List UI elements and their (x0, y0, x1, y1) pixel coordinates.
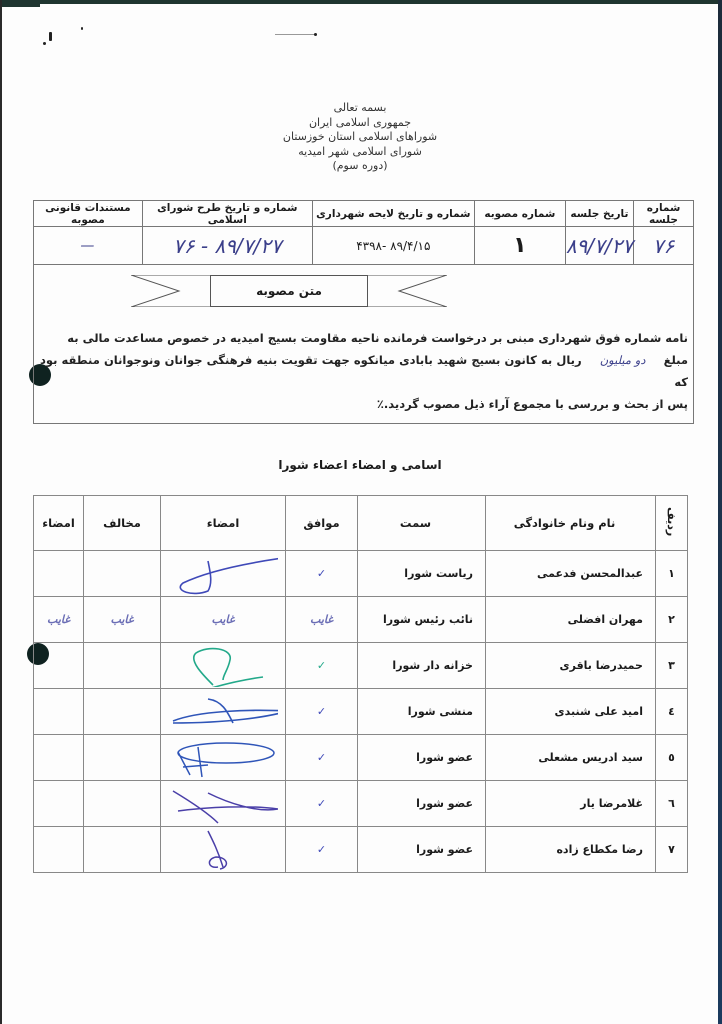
signature2-cell (34, 735, 84, 781)
oppose-cell (84, 689, 161, 735)
handwritten-signature-icon (168, 783, 278, 825)
table-row: ٦ غلامرضا یار عضو شورا ✓ (34, 781, 688, 827)
header-legal-basis: مستندات قانونی مصوبه (34, 201, 143, 227)
member-name: غلامرضا یار (486, 781, 656, 827)
member-name: حمیدرضا باقری (486, 643, 656, 689)
member-name: مهران افضلی (486, 597, 656, 643)
agree-checkmark-icon: ✓ (286, 781, 358, 827)
member-role: ریاست شورا (358, 551, 486, 597)
scan-top-tab (0, 0, 40, 7)
signature-cell (161, 551, 286, 597)
scan-right-edge (718, 0, 722, 1024)
agree-checkmark-icon: ✓ (286, 551, 358, 597)
resolution-meta-table: شماره جلسه تاریخ جلسه شماره مصوبه شماره … (33, 200, 694, 265)
members-table: ردیف نام ونام خانوادگی سمت موافق امضاء م… (33, 495, 688, 873)
scan-speck (49, 32, 52, 41)
row-index: ٤ (656, 689, 688, 735)
member-name: عبدالمحسن فدعمی (486, 551, 656, 597)
handwritten-signature-icon (168, 553, 278, 595)
member-role: عضو شورا (358, 827, 486, 873)
scan-speck (81, 27, 83, 30)
oppose-cell (84, 781, 161, 827)
table-row: ٤ امید علی شنبدی منشی شورا ✓ (34, 689, 688, 735)
signature-cell (161, 781, 286, 827)
member-name: امید علی شنبدی (486, 689, 656, 735)
agree-checkmark-icon: ✓ (286, 643, 358, 689)
scan-left-edge (0, 0, 2, 1024)
header-line-city-council: شورای اسلامی شهر امیدیه (250, 145, 470, 160)
header-signature: امضاء (161, 496, 286, 551)
oppose-cell (84, 827, 161, 873)
row-index: ۳ (656, 643, 688, 689)
member-role: خزانه دار شورا (358, 643, 486, 689)
header-municipality-bill: شماره و تاریخ لایحه شهرداری (312, 201, 474, 227)
header-line-term: (دوره سوم) (250, 159, 470, 174)
row-index: ٥ (656, 735, 688, 781)
header-line-country: جمهوری اسلامی ایران (250, 116, 470, 131)
amount-prefix: مبلغ (664, 353, 688, 367)
member-name: رضا مکطاع زاده (486, 827, 656, 873)
resolution-body: نامه شماره فوق شهرداری مبنی بر درخواست ف… (40, 327, 688, 415)
header-council-plan: شماره و تاریخ طرح شورای اسلامی (142, 201, 312, 227)
row-index: ۱ (656, 551, 688, 597)
agree-checkmark-icon: ✓ (286, 827, 358, 873)
legal-basis-value: — (34, 227, 143, 265)
member-role: نائب رئیس شورا (358, 597, 486, 643)
signature2-cell (34, 827, 84, 873)
resolution-line-1: نامه شماره فوق شهرداری مبنی بر درخواست ف… (40, 327, 688, 349)
member-name: سید ادریس مشعلی (486, 735, 656, 781)
signature2-cell (34, 551, 84, 597)
signature-cell (161, 689, 286, 735)
scan-top-edge (0, 0, 722, 4)
handwritten-signature-icon (168, 829, 278, 871)
agree-checkmark-icon: ✓ (286, 689, 358, 735)
table-row: ٥ سید ادریس مشعلی عضو شورا ✓ (34, 735, 688, 781)
header-index: ردیف (656, 496, 688, 551)
scan-speck (43, 42, 46, 45)
header-session-date: تاریخ جلسه (565, 201, 633, 227)
header-session-number: شماره جلسه (634, 201, 694, 227)
agree-absent: غایب (286, 597, 358, 643)
signature2-cell (34, 689, 84, 735)
table-row: ۱ عبدالمحسن فدعمی ریاست شورا ✓ (34, 551, 688, 597)
signature-cell (161, 827, 286, 873)
signature-absent: غایب (161, 597, 286, 643)
meta-value-row: ۷۶ ۸۹/۷/۲۷ ۱ ۸۹/۴/۱۵ -۴۳۹۸ ۸۹/۷/۲۷ - ۷۶ … (34, 227, 694, 265)
table-row: ۲ مهران افضلی نائب رئیس شورا غایب غایب غ… (34, 597, 688, 643)
row-index: ٦ (656, 781, 688, 827)
signature2-absent: غایب (34, 597, 84, 643)
header-signature-2: امضاء (34, 496, 84, 551)
council-plan-value: ۸۹/۷/۲۷ - ۷۶ (142, 227, 312, 265)
oppose-cell (84, 735, 161, 781)
header-resolution-number: شماره مصوبه (474, 201, 565, 227)
oppose-cell (84, 551, 161, 597)
resolution-banner: متن مصوبه (131, 275, 447, 307)
resolution-line-2: مبلغ دو میلیون ریال به کانون بسیج شهید ب… (40, 349, 688, 393)
signature2-cell (34, 781, 84, 827)
meta-header-row: شماره جلسه تاریخ جلسه شماره مصوبه شماره … (34, 201, 694, 227)
signature2-cell (34, 643, 84, 689)
header-line-bismillah: بسمه تعالی (250, 101, 470, 116)
municipality-bill-value: ۸۹/۴/۱۵ -۴۳۹۸ (312, 227, 474, 265)
handwritten-signature-icon (168, 691, 278, 733)
member-role: منشی شورا (358, 689, 486, 735)
resolution-banner-title: متن مصوبه (210, 275, 368, 307)
handwritten-signature-icon (168, 645, 278, 687)
document-header: بسمه تعالی جمهوری اسلامی ایران شوراهای ا… (250, 101, 470, 174)
header-role: سمت (358, 496, 486, 551)
row-index: ۷ (656, 827, 688, 873)
header-oppose: مخالف (84, 496, 161, 551)
oppose-cell (84, 643, 161, 689)
resolution-text-box: متن مصوبه نامه شماره فوق شهرداری مبنی بر… (33, 264, 694, 424)
handwritten-amount: دو میلیون (586, 353, 660, 367)
oppose-absent: غایب (84, 597, 161, 643)
handwritten-signature-icon (168, 737, 278, 779)
members-header-row: ردیف نام ونام خانوادگی سمت موافق امضاء م… (34, 496, 688, 551)
signature-cell (161, 643, 286, 689)
scan-speck (314, 33, 317, 36)
header-name: نام ونام خانوادگی (486, 496, 656, 551)
row-index: ۲ (656, 597, 688, 643)
member-role: عضو شورا (358, 781, 486, 827)
scan-speck (275, 34, 317, 35)
header-line-province-councils: شوراهای اسلامی استان خوزستان (250, 130, 470, 145)
member-role: عضو شورا (358, 735, 486, 781)
table-row: ۳ حمیدرضا باقری خزانه دار شورا ✓ (34, 643, 688, 689)
header-agree: موافق (286, 496, 358, 551)
resolution-number-value: ۱ (474, 227, 565, 265)
session-number-value: ۷۶ (634, 227, 694, 265)
agree-checkmark-icon: ✓ (286, 735, 358, 781)
signature-cell (161, 735, 286, 781)
resolution-line-3: پس از بحث و بررسی با مجموع آراء ذیل مصوب… (40, 393, 688, 415)
session-date-value: ۸۹/۷/۲۷ (565, 227, 633, 265)
table-row: ۷ رضا مکطاع زاده عضو شورا ✓ (34, 827, 688, 873)
members-section-title: اسامی و امضاء اعضاء شورا (220, 458, 500, 472)
